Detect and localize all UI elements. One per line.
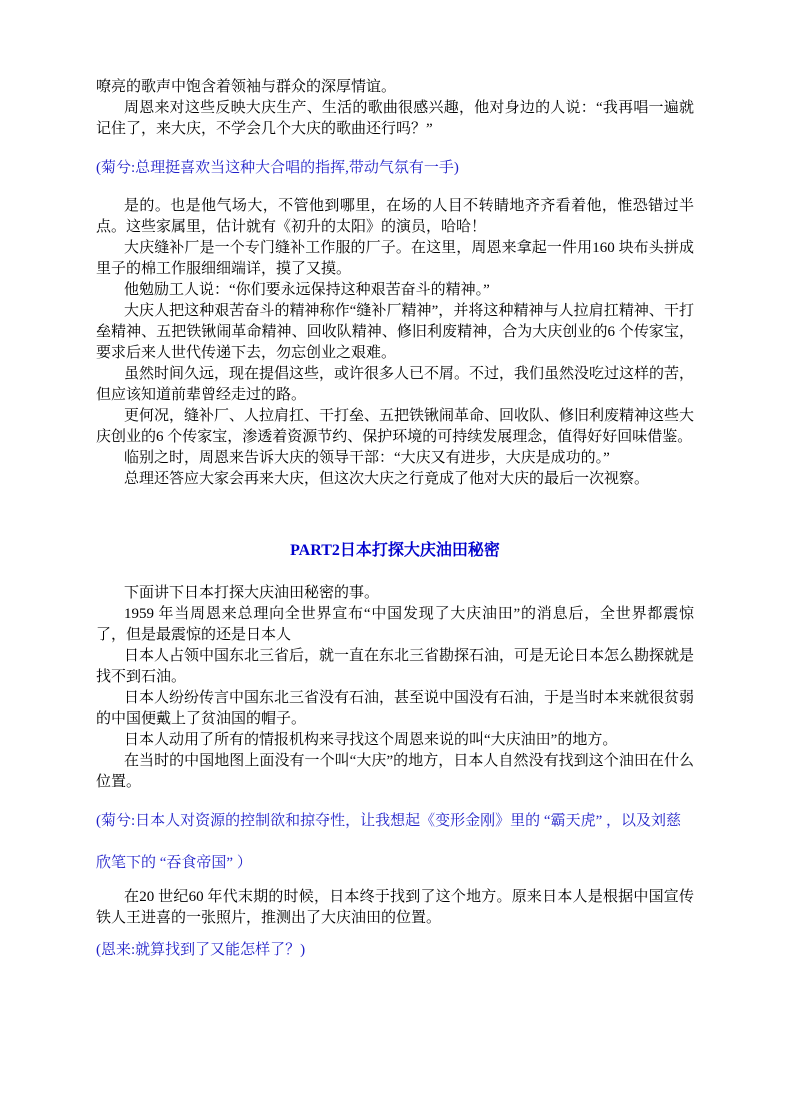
document-body: 嘹亮的歌声中饱含着领袖与群众的深厚情谊。 周恩来对这些反映大庆生产、生活的歌曲很… [96,77,694,961]
paragraph: 大庆缝补厂是一个专门缝补工作服的厂子。在这里，周恩来拿起一件用160 块布头拼成… [96,238,694,280]
paragraph: 他勉励工人说：“你们要永远保持这种艰苦奋斗的精神。” [96,280,694,301]
document-page: { "colors": { "page_background": "#fffff… [0,0,800,1100]
paragraph: 1959 年当周恩来总理向全世界宣布“中国发现了大庆油田”的消息后，全世界都震惊… [96,604,694,646]
paragraph: 在当时的中国地图上面没有一个叫“大庆”的地方，日本人自然没有找到这个油田在什么位… [96,751,694,793]
paragraph: 日本人占领中国东北三省后，就一直在东北三省勘探石油，可是无论日本怎么勘探就是找不… [96,646,694,688]
paragraph: 总理还答应大家会再来大庆，但这次大庆之行竟成了他对大庆的最后一次视察。 [96,469,694,490]
reader-annotation-continued: 欣笔下的 “吞食帝国” ） [96,853,694,874]
paragraph: 嘹亮的歌声中饱含着领袖与群众的深厚情谊。 [96,77,694,98]
paragraph: 周恩来对这些反映大庆生产、生活的歌曲很感兴趣，他对身边的人说：“我再唱一遍就记住… [96,98,694,140]
section-heading: PART2日本打探大庆油田秘密 [96,540,694,562]
reader-annotation: (恩来:就算找到了又能怎样了？) [96,940,694,961]
paragraph: 日本人动用了所有的情报机构来寻找这个周恩来说的叫“大庆油田”的地方。 [96,730,694,751]
paragraph: 在20 世纪60 年代末期的时候，日本终于找到了这个地方。原来日本人是根据中国宣… [96,887,694,929]
paragraph: 下面讲下日本打探大庆油田秘密的事。 [96,583,694,604]
reader-annotation: (菊兮:日本人对资源的控制欲和掠夺性，让我想起《变形金刚》里的 “霸天虎” ，以… [96,811,694,832]
paragraph: 临别之时，周恩来告诉大庆的领导干部：“大庆又有进步，大庆是成功的。” [96,448,694,469]
reader-annotation: (菊兮:总理挺喜欢当这种大合唱的指挥,带动气氛有一手) [96,158,694,179]
paragraph: 日本人纷纷传言中国东北三省没有石油，甚至说中国没有石油，于是当时本来就很贫弱的中… [96,688,694,730]
paragraph: 是的。也是他气场大，不管他到哪里，在场的人目不转睛地齐齐看着他，惟恐错过半点。这… [96,196,694,238]
paragraph: 更何况，缝补厂、人拉肩扛、干打垒、五把铁锹闹革命、回收队、修旧利废精神这些大庆创… [96,406,694,448]
paragraph: 虽然时间久远，现在提倡这些，或许很多人已不屑。不过，我们虽然没吃过这样的苦，但应… [96,364,694,406]
paragraph: 大庆人把这种艰苦奋斗的精神称作“缝补厂精神”，并将这种精神与人拉肩扛精神、干打垒… [96,301,694,364]
